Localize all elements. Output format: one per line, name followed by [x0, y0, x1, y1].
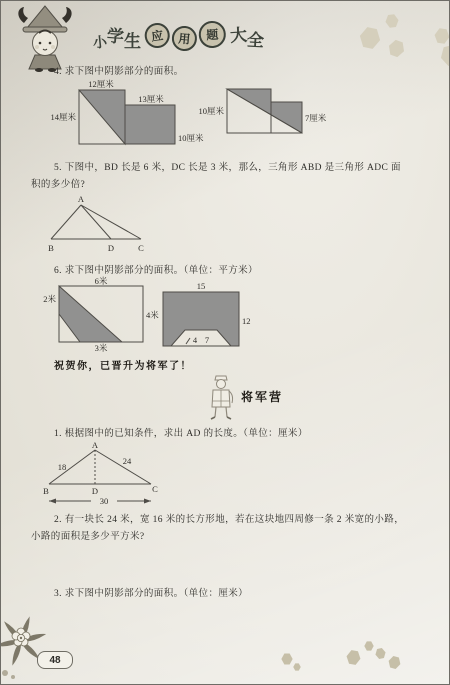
promotion-congrats-text: 祝贺你，已晋升为将军了！ [54, 357, 192, 372]
title-bubble: 用 [171, 24, 198, 51]
problem-1-text: 1. 根据图中的已知条件，求出 AD 的长度。（单位：厘米） [54, 425, 308, 439]
page-number-badge: 48 [37, 651, 73, 669]
problem-2-text-line2: 小路的面积是多少平方米? [31, 528, 145, 542]
title-char: 大 [229, 20, 248, 46]
dim-label: 13厘米 [138, 94, 164, 104]
dim-label: 2米 [43, 294, 56, 304]
problem-4-figure-a: 12厘米 13厘米 14厘米 10厘米 [41, 78, 216, 150]
dim-label: 12厘米 [88, 79, 114, 89]
flower-decoration [386, 38, 408, 60]
vertex-label: D [92, 486, 98, 496]
vertex-label: C [152, 484, 158, 494]
problem-2-text-line1: 2. 有一块长 24 米，宽 16 米的长方形地，若在这块地四周修一条 2 米宽… [54, 511, 404, 525]
dim-label: 6米 [95, 276, 108, 286]
problem-6-figure-b: 15 12 4 7 [147, 278, 265, 350]
flower-decoration [357, 25, 383, 51]
problem-3-text: 3. 求下图中阴影部分的面积。（单位：厘米） [54, 585, 248, 599]
problem-4-figure-b: 10厘米 7厘米 [199, 83, 349, 141]
dim-label: 7 [205, 335, 209, 345]
title-char: 学 [106, 21, 125, 47]
flower-decoration [374, 647, 387, 660]
vertex-label: A [92, 440, 99, 450]
flower-decoration [364, 641, 374, 651]
camp-section-label: 将军营 [241, 388, 283, 405]
book-title: 小 学 生 应 用 题 大 全 [93, 19, 264, 55]
dim-label: 10厘米 [198, 106, 224, 116]
title-char: 全 [246, 25, 264, 51]
page-number: 48 [49, 655, 60, 666]
dim-label: 7厘米 [305, 113, 327, 123]
title-bubble: 应 [143, 21, 171, 49]
book-page: 小 学 生 应 用 题 大 全 4. 求下图中阴影部分的面积。 12厘米 13厘… [0, 0, 450, 685]
title-char: 生 [124, 27, 141, 52]
vertex-label: C [138, 243, 144, 253]
dim-label: 24 [123, 456, 132, 466]
problem-6-text: 6. 求下图中阴影部分的面积。（单位：平方米） [54, 262, 258, 276]
vertex-label: B [48, 243, 54, 253]
vertex-label: B [43, 486, 49, 496]
problem-5-text-line1: 5. 下图中，BD 长是 6 米，DC 长是 3 米，那么，三角形 ABD 是三… [54, 159, 401, 173]
dim-label: 12 [242, 316, 251, 326]
dim-label: 3米 [95, 343, 108, 353]
dim-label: 14厘米 [50, 112, 76, 122]
vertex-label: D [108, 243, 114, 253]
flower-decoration [438, 43, 450, 68]
problem-4-text: 4. 求下图中阴影部分的面积。 [54, 63, 184, 77]
vertex-label: A [78, 194, 85, 204]
flower-decoration [386, 654, 402, 670]
problem-5-text-line2: 积的多少倍? [31, 176, 85, 190]
flower-decoration [281, 653, 293, 665]
dim-label: 18 [58, 462, 67, 472]
flower-decoration [293, 663, 301, 671]
soldier-figure-illustration [203, 373, 237, 421]
problem-1-figure: A 18 24 B D C 30 [29, 440, 179, 510]
flower-decoration [433, 27, 450, 45]
dim-label: 15 [197, 281, 206, 291]
title-bubble: 题 [198, 20, 227, 49]
flower-decoration [345, 649, 362, 666]
flower-decoration [384, 13, 400, 29]
problem-5-figure: A B D C [39, 193, 169, 255]
dim-label: 30 [100, 496, 109, 506]
plant-flower-illustration [0, 607, 55, 681]
